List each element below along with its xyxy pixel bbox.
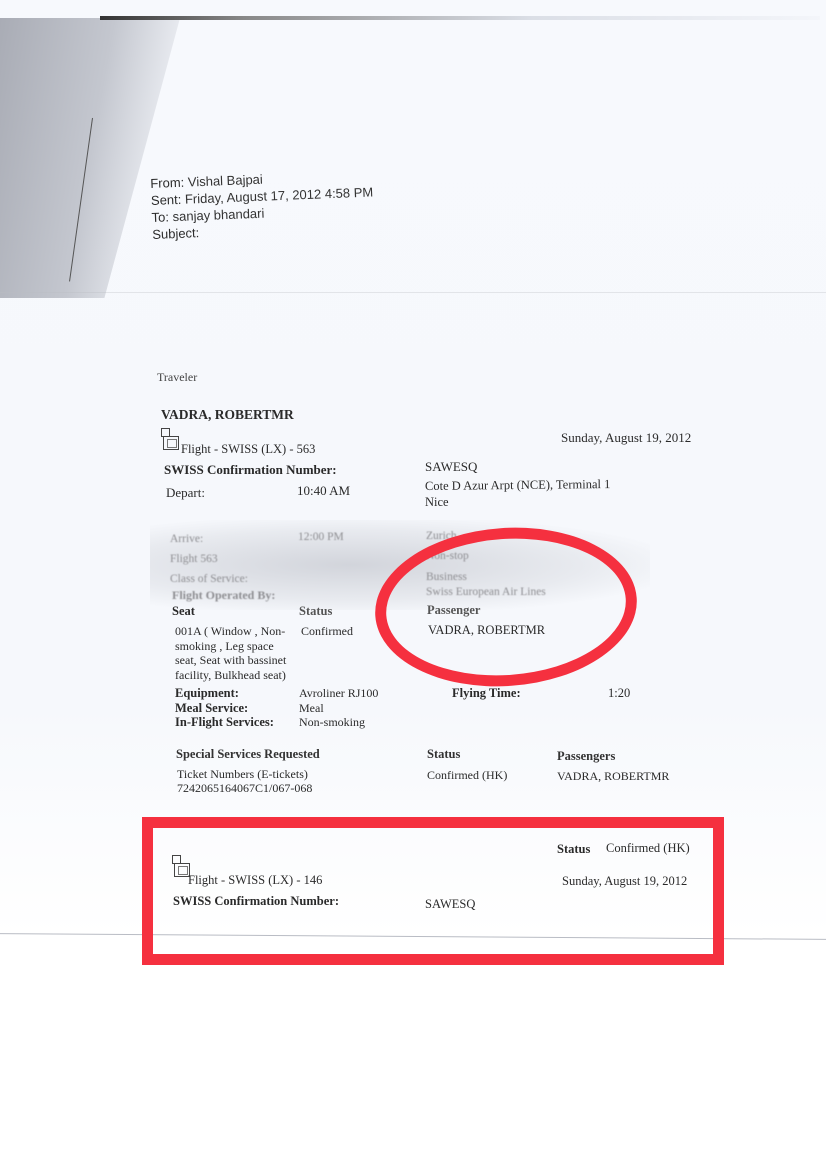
flight-segment-icon xyxy=(161,428,181,450)
paper-top-edge xyxy=(100,16,820,20)
depart-time: 10:40 AM xyxy=(297,483,350,499)
equipment-value: Avroliner RJ100 xyxy=(299,686,378,701)
ssr-passenger: VADRA, ROBERTMR xyxy=(557,769,669,784)
from-value: Vishal Bajpai xyxy=(188,172,263,190)
arrive-label: Arrive: xyxy=(170,533,203,545)
email-header: From: Vishal Bajpai Sent: Friday, August… xyxy=(150,166,375,242)
ssr-status-header: Status xyxy=(427,747,460,762)
depart-airport: Cote D Azur Arpt (NCE), Terminal 1 xyxy=(425,477,610,494)
inflight-value: Non-smoking xyxy=(299,715,365,730)
flight1-date: Sunday, August 19, 2012 xyxy=(561,430,691,446)
ssr-passengers-header: Passengers xyxy=(557,749,615,764)
inflight-label: In-Flight Services: xyxy=(175,715,274,730)
depart-city: Nice xyxy=(425,495,449,510)
traveler-name: VADRA, ROBERTMR xyxy=(161,407,294,423)
status-header: Status xyxy=(299,604,332,619)
seat-details: 001A ( Window , Non- smoking , Leg space… xyxy=(175,624,286,682)
ssr-header: Special Services Requested xyxy=(176,747,320,762)
flight-number-label: Flight 563 xyxy=(170,553,218,565)
flying-time-label: Flying Time: xyxy=(452,686,521,701)
red-rectangle-annotation xyxy=(142,817,724,965)
meal-label: Meal Service: xyxy=(175,701,248,716)
paper-fold-shadow xyxy=(0,18,180,298)
ssr-ticket-number: 7242065164067C1/067-068 xyxy=(177,781,312,796)
scanned-page: From: Vishal Bajpai Sent: Friday, August… xyxy=(0,0,826,1169)
meal-value: Meal xyxy=(299,701,324,716)
flying-time-value: 1:20 xyxy=(608,686,630,701)
section-label-traveler: Traveler xyxy=(157,370,197,385)
to-value: sanjay bhandari xyxy=(172,206,264,225)
seat-status: Confirmed xyxy=(301,624,353,639)
flight1-confirmation-number: SAWESQ xyxy=(425,459,477,475)
depart-label: Depart: xyxy=(166,485,205,501)
ssr-item: Ticket Numbers (E-tickets) xyxy=(177,767,308,782)
seat-header: Seat xyxy=(172,604,195,619)
flight1-title: Flight - SWISS (LX) - 563 xyxy=(181,442,315,457)
equipment-label: Equipment: xyxy=(175,686,239,701)
operated-by-label: Flight Operated By: xyxy=(172,588,275,603)
ssr-status: Confirmed (HK) xyxy=(427,768,507,783)
arrive-time: 12:00 PM xyxy=(298,531,344,543)
fold-crease xyxy=(0,292,826,293)
class-label: Class of Service: xyxy=(170,573,248,585)
flight1-confirmation-label: SWISS Confirmation Number: xyxy=(164,462,337,478)
